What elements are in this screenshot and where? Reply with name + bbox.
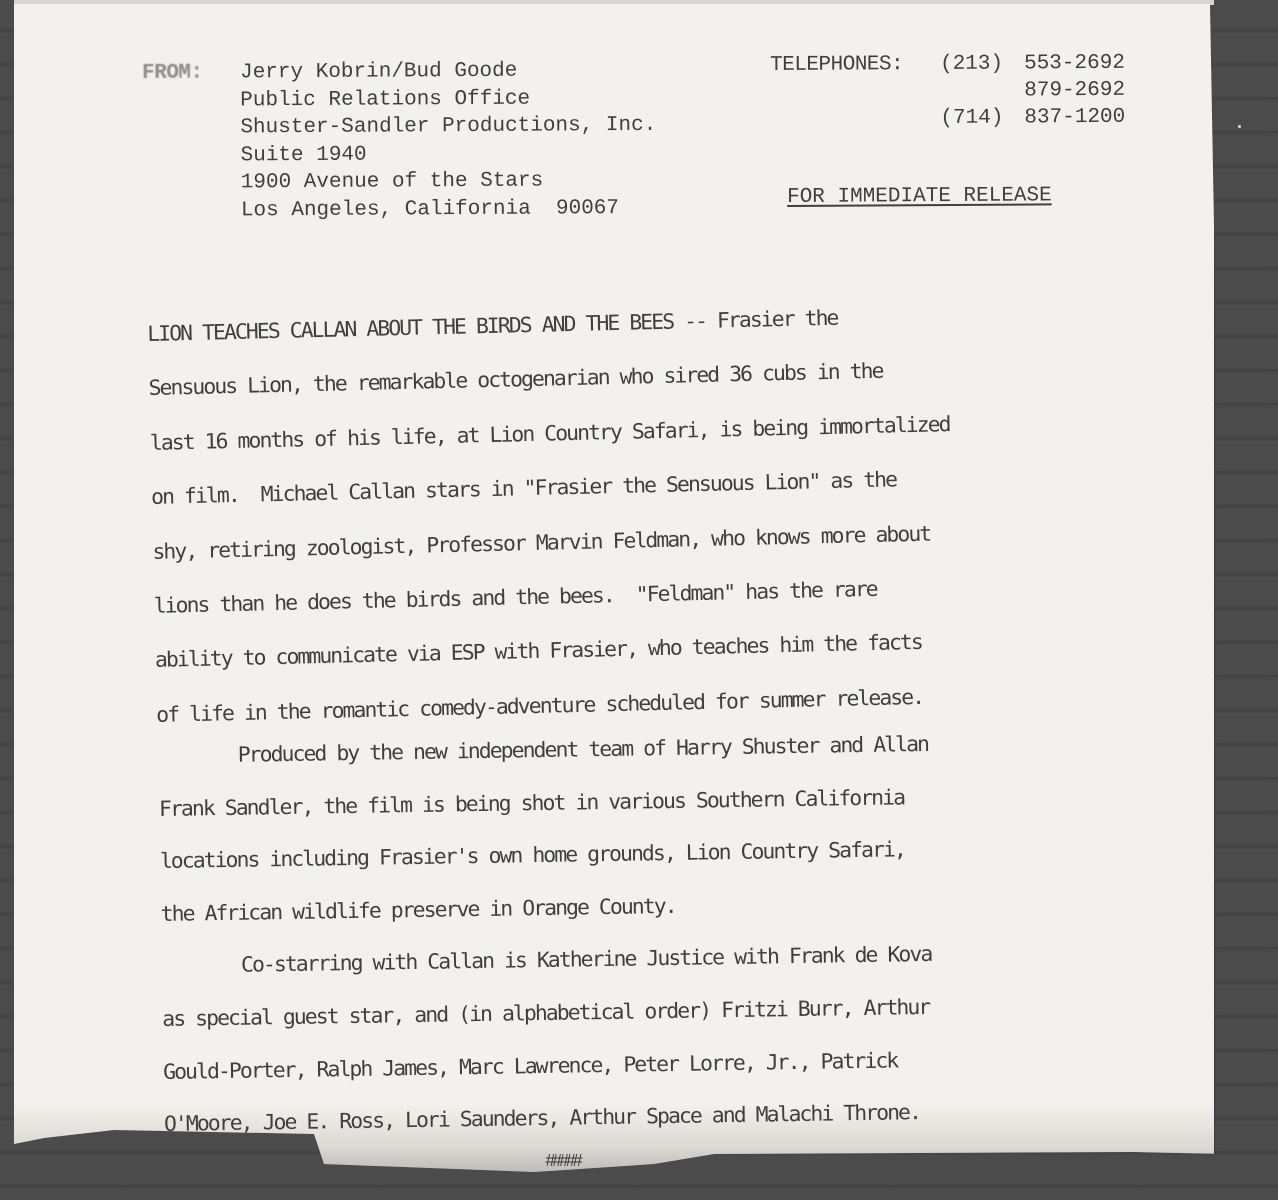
paragraph-2: Produced by the new independent team of … <box>158 728 1201 955</box>
phone-area-code: (714) <box>940 104 1024 132</box>
from-block: FROM: Jerry Kobrin/Bud Goode Public Rela… <box>142 57 657 226</box>
phone-entry: (714) 837-1200 <box>770 104 1125 133</box>
phone-number: 553-2692 <box>1024 50 1125 78</box>
from-suite: Suite 1940 <box>241 140 657 170</box>
end-mark: ##### <box>545 1152 579 1172</box>
from-label: FROM: <box>142 59 241 225</box>
phone-area-code: (213) <box>940 50 1024 78</box>
from-address: Jerry Kobrin/Bud Goode Public Relations … <box>240 57 657 225</box>
paragraph-3: Co-starring with Callan is Katherine Jus… <box>161 938 1204 1165</box>
from-street: 1900 Avenue of the Stars <box>241 167 657 197</box>
phone-number: 837-1200 <box>1024 104 1125 132</box>
phone-area-code <box>940 77 1024 105</box>
telephones-label: TELEPHONES: <box>770 51 940 79</box>
from-city: Los Angeles, California 90067 <box>241 195 657 225</box>
paragraph-1: LION TEACHES CALLAN ABOUT THE BIRDS AND … <box>147 297 1197 757</box>
from-office: Public Relations Office <box>240 84 656 114</box>
phone-entry: TELEPHONES: (213) 553-2692 <box>770 50 1125 79</box>
dust-speck <box>1238 125 1241 128</box>
from-company: Shuster-Sandler Productions, Inc. <box>240 112 656 142</box>
release-note: FOR IMMEDIATE RELEASE <box>787 184 1052 209</box>
phone-entry: 879-2692 <box>770 77 1125 106</box>
lower-paragraphs: Produced by the new independent team of … <box>158 728 1204 1165</box>
from-contact: Jerry Kobrin/Bud Goode <box>240 57 656 87</box>
telephones-block: TELEPHONES: (213) 553-2692 879-2692 (714… <box>770 50 1125 133</box>
phone-number: 879-2692 <box>1024 77 1125 105</box>
